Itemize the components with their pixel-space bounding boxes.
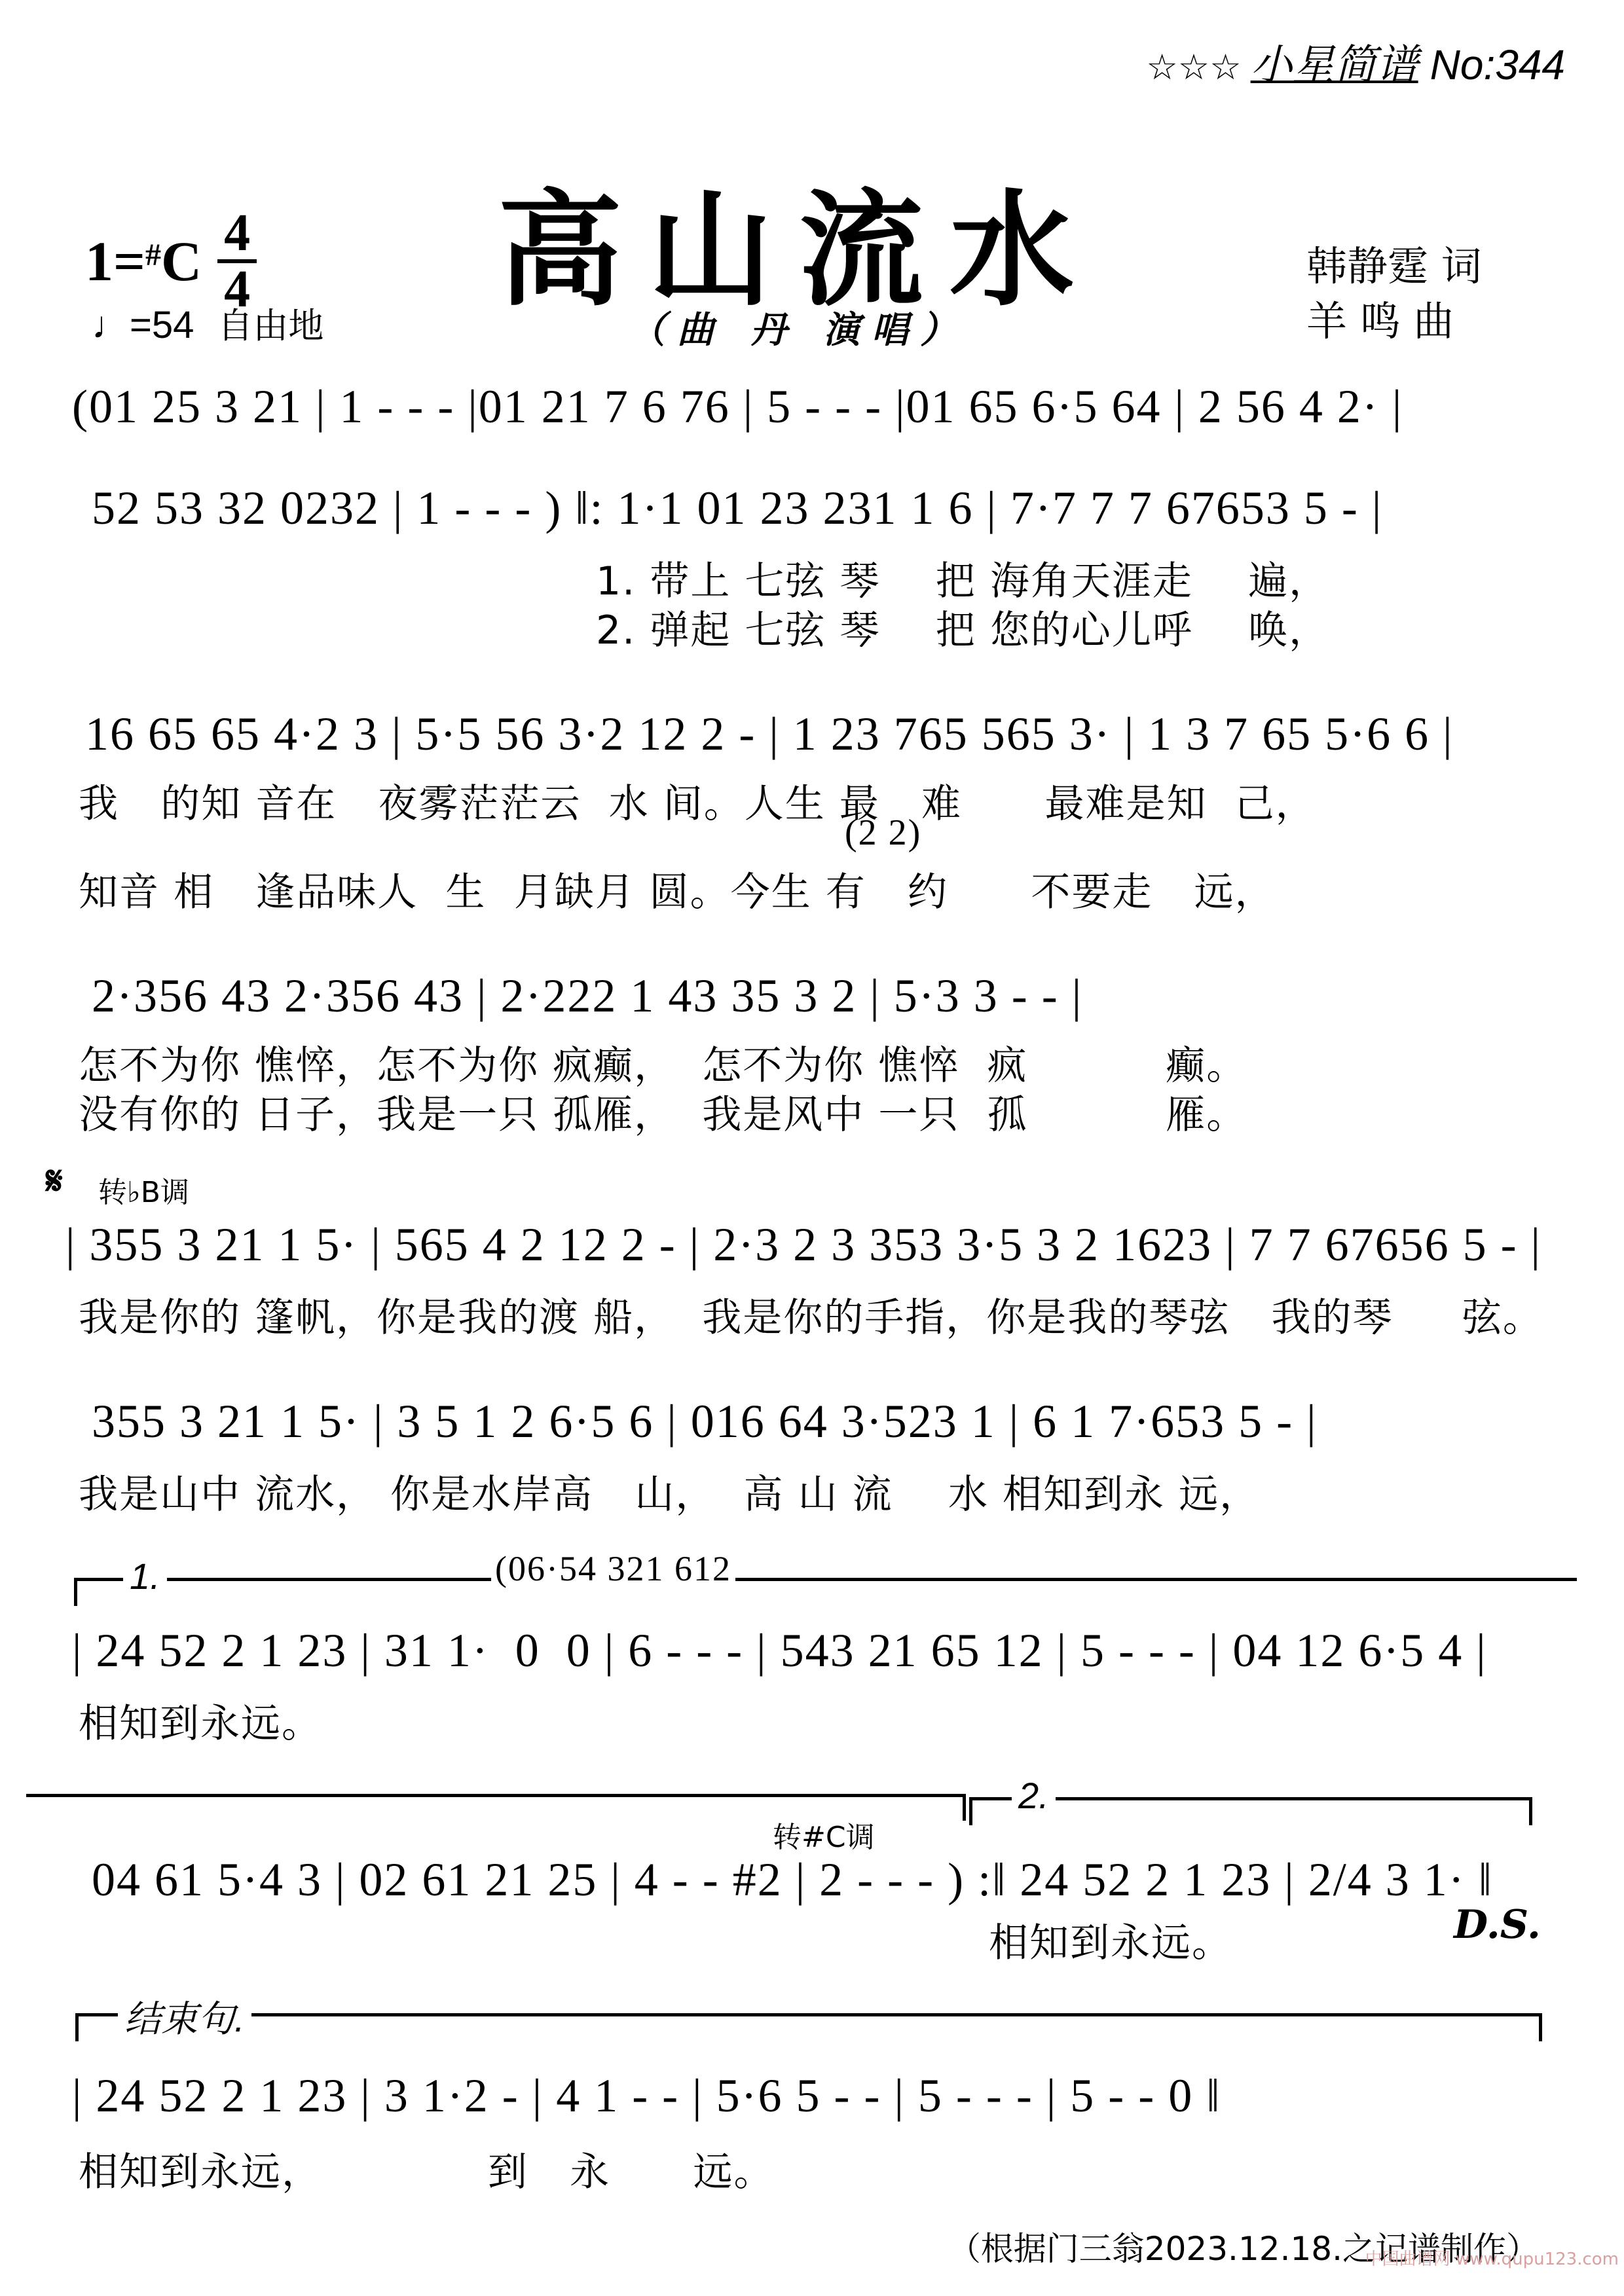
- key-prefix: 1=: [85, 228, 145, 294]
- interlude-notes: (06·54 321 612: [491, 1548, 735, 1589]
- coda-label: 结束句.: [118, 1990, 251, 2043]
- lyrics-5: 我是你的 篷帆，你是我的渡 船， 我是你的手指，你是我的琴弦 我的琴 弦。: [79, 1286, 1543, 1343]
- coda-bracket: 结束句.: [75, 2013, 1542, 2041]
- lyrics-3-verse-1: 我 的知 音在 夜雾茫茫云 水 间。人生 最 难 最难是知 己，: [79, 773, 1316, 829]
- lyrics-9: 相知到永远， 到 永 远。: [79, 2141, 775, 2197]
- lyrics-7: 相知到永远。: [79, 1692, 322, 1749]
- score-line-7: | 24 52 2 1 23 | 31 1· 0 0 | 6 - - - | 5…: [72, 1624, 1487, 1678]
- score-line-6: 355 3 21 1 5· | 3 5 1 2 6·5 6 | 016 64 3…: [92, 1394, 1318, 1449]
- volta-2-label: 2.: [1012, 1774, 1056, 1817]
- score-line-1: (01 25 3 21 | 1 - - - |01 21 7 6 76 | 5 …: [72, 380, 1403, 434]
- brand-header: ☆☆☆小星简谱No:344: [1146, 31, 1565, 92]
- expression-text: 自由地: [217, 306, 323, 346]
- credits: 韩静霆 词 羊 鸣 曲: [1306, 239, 1482, 349]
- alt-notes: (2 2): [845, 812, 921, 854]
- lyricist: 韩静霆 词: [1306, 239, 1482, 294]
- watermark: 中国曲谱网 www.qupu123.com: [1365, 2246, 1619, 2270]
- key-letter: C: [161, 228, 202, 294]
- lyrics-8: 相知到永远。: [989, 1912, 1232, 1968]
- key-change-csharp: 转#C调: [773, 1813, 875, 1855]
- quarter-note-icon: ♩: [92, 304, 130, 346]
- key-change-bflat: 转♭B调: [98, 1169, 189, 1211]
- singer-credit: （曲 丹 演唱）: [629, 301, 969, 354]
- composer: 羊 鸣 曲: [1306, 294, 1482, 349]
- lyrics-4-verse-1: 怎不为你 憔悴，怎不为你 疯癫， 怎不为你 憔悴 疯 癫。: [79, 1034, 1247, 1091]
- score-line-3: 16 65 65 4·2 3 | 5·5 56 3·2 12 2 - | 1 2…: [85, 707, 1454, 761]
- volta-1-bracket: 1.: [74, 1578, 1577, 1606]
- brand-name[interactable]: 小星简谱: [1251, 41, 1418, 88]
- score-line-2: 52 53 32 0232 | 1 - - - ) ‖: 1·1 01 23 2…: [92, 481, 1382, 536]
- lyrics-6: 我是山中 流水， 你是水岸高 山， 高 山 流 水 相知到永 远，: [79, 1463, 1260, 1520]
- tempo-marking: ♩=54自由地: [92, 298, 323, 348]
- sharp-icon: #: [145, 237, 161, 273]
- score-line-5: | 355 3 21 1 5· | 565 4 2 12 2 - | 2·3 2…: [65, 1218, 1541, 1272]
- tempo-value: =54: [130, 304, 194, 346]
- score-line-9: | 24 52 2 1 23 | 3 1·2 - | 4 1 - - | 5·6…: [72, 2069, 1221, 2123]
- volta-1-label: 1.: [123, 1555, 167, 1597]
- rating-stars-icon: ☆☆☆: [1146, 48, 1241, 87]
- volta-2-bracket: 2.: [969, 1797, 1532, 1825]
- dal-segno-marking: D.S.: [1454, 1902, 1541, 1948]
- segno-icon: 𝄋: [46, 1159, 63, 1204]
- score-number: No:344: [1430, 41, 1565, 88]
- score-line-4: 2·356 43 2·356 43 | 2·222 1 43 35 3 2 | …: [92, 969, 1082, 1023]
- lyrics-4-verse-2: 没有你的 日子，我是一只 孤雁， 我是风中 一只 孤 雁。: [79, 1084, 1247, 1140]
- time-numerator: 4: [224, 210, 250, 257]
- lyrics-2-verse-2: 2. 弹起 七弦 琴 把 您的心儿呼 唤，: [596, 599, 1329, 655]
- lyrics-3-verse-2: 知音 相 逢品味人 生 月缺月 圆。今生 有 约 不要走 远，: [79, 861, 1276, 917]
- lyrics-2-verse-1: 1. 带上 七弦 琴 把 海角天涯走 遍，: [596, 550, 1329, 606]
- score-line-8: 04 61 5·4 3 | 02 61 21 25 | 4 - - #2 | 2…: [92, 1853, 1493, 1907]
